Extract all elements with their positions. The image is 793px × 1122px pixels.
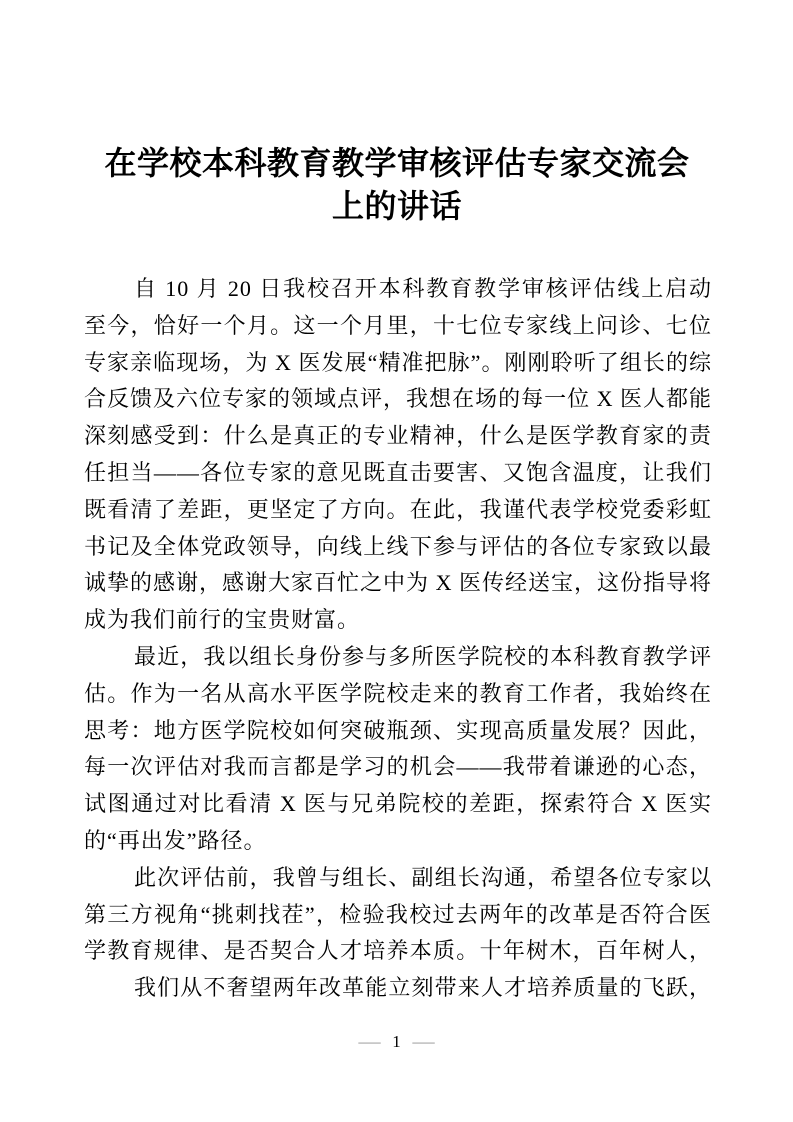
document-title: 在学校本科教育教学审核评估专家交流会 上的讲话 — [82, 142, 712, 228]
footer-dash-right: — — [412, 1030, 434, 1054]
text-line: 专家亲临现场，为 X 医发展“精准把脉”。刚刚聆听了组长的综 — [84, 345, 712, 382]
text-line: 诚挚的感谢，感谢大家百忙之中为 X 医传经送宝，这份指导将 — [84, 565, 712, 602]
text-line: 既看清了差距，更坚定了方向。在此，我谨代表学校党委彩虹 — [84, 492, 712, 529]
text-line: 每一次评估对我而言都是学习的机会——我带着谦逊的心态， — [84, 749, 712, 786]
title-line-2: 上的讲话 — [82, 185, 712, 228]
paragraph-1: 自 10 月 20 日我校召开本科教育教学审核评估线上启动会 至今，恰好一个月。… — [84, 271, 712, 639]
text-line: 至今，恰好一个月。这一个月里，十七位专家线上问诊、七位 — [84, 308, 712, 345]
document-page: 在学校本科教育教学审核评估专家交流会 上的讲话 自 10 月 20 日我校召开本… — [0, 0, 793, 1122]
text-line: 自 10 月 20 日我校召开本科教育教学审核评估线上启动会 — [84, 271, 712, 308]
text-line: 书记及全体党政领导，向线上线下参与评估的各位专家致以最 — [84, 529, 712, 566]
text-line: 学教育规律、是否契合人才培养本质。十年树木，百年树人， — [84, 933, 712, 970]
paragraph-4: 我们从不奢望两年改革能立刻带来人才培养质量的飞跃， — [84, 970, 712, 1007]
paragraph-3: 此次评估前，我曾与组长、副组长沟通，希望各位专家以 第三方视角“挑刺找茬”，检验… — [84, 860, 712, 970]
footer-dash-left: — — [359, 1030, 381, 1054]
title-line-1: 在学校本科教育教学审核评估专家交流会 — [82, 142, 712, 185]
page-footer: —1— — [0, 1030, 793, 1054]
text-line: 成为我们前行的宝贵财富。 — [84, 602, 712, 639]
text-line: 的“再出发”路径。 — [84, 823, 712, 860]
document-body: 自 10 月 20 日我校召开本科教育教学审核评估线上启动会 至今，恰好一个月。… — [84, 271, 712, 1007]
text-line: 此次评估前，我曾与组长、副组长沟通，希望各位专家以 — [84, 860, 712, 897]
text-line: 试图通过对比看清 X 医与兄弟院校的差距，探索符合 X 医实际 — [84, 786, 712, 823]
text-line: 最近，我以组长身份参与多所医学院校的本科教育教学评 — [84, 639, 712, 676]
page-number: 1 — [392, 1030, 401, 1054]
text-line: 合反馈及六位专家的领域点评，我想在场的每一位 X 医人都能 — [84, 381, 712, 418]
text-line: 思考：地方医学院校如何突破瓶颈、实现高质量发展？因此， — [84, 713, 712, 750]
text-line: 深刻感受到：什么是真正的专业精神，什么是医学教育家的责 — [84, 418, 712, 455]
paragraph-2: 最近，我以组长身份参与多所医学院校的本科教育教学评 估。作为一名从高水平医学院校… — [84, 639, 712, 860]
text-line: 任担当——各位专家的意见既直击要害、又饱含温度，让我们 — [84, 455, 712, 492]
text-line: 我们从不奢望两年改革能立刻带来人才培养质量的飞跃， — [84, 970, 712, 1007]
text-line: 估。作为一名从高水平医学院校走来的教育工作者，我始终在 — [84, 676, 712, 713]
text-line: 第三方视角“挑刺找茬”，检验我校过去两年的改革是否符合医 — [84, 897, 712, 934]
